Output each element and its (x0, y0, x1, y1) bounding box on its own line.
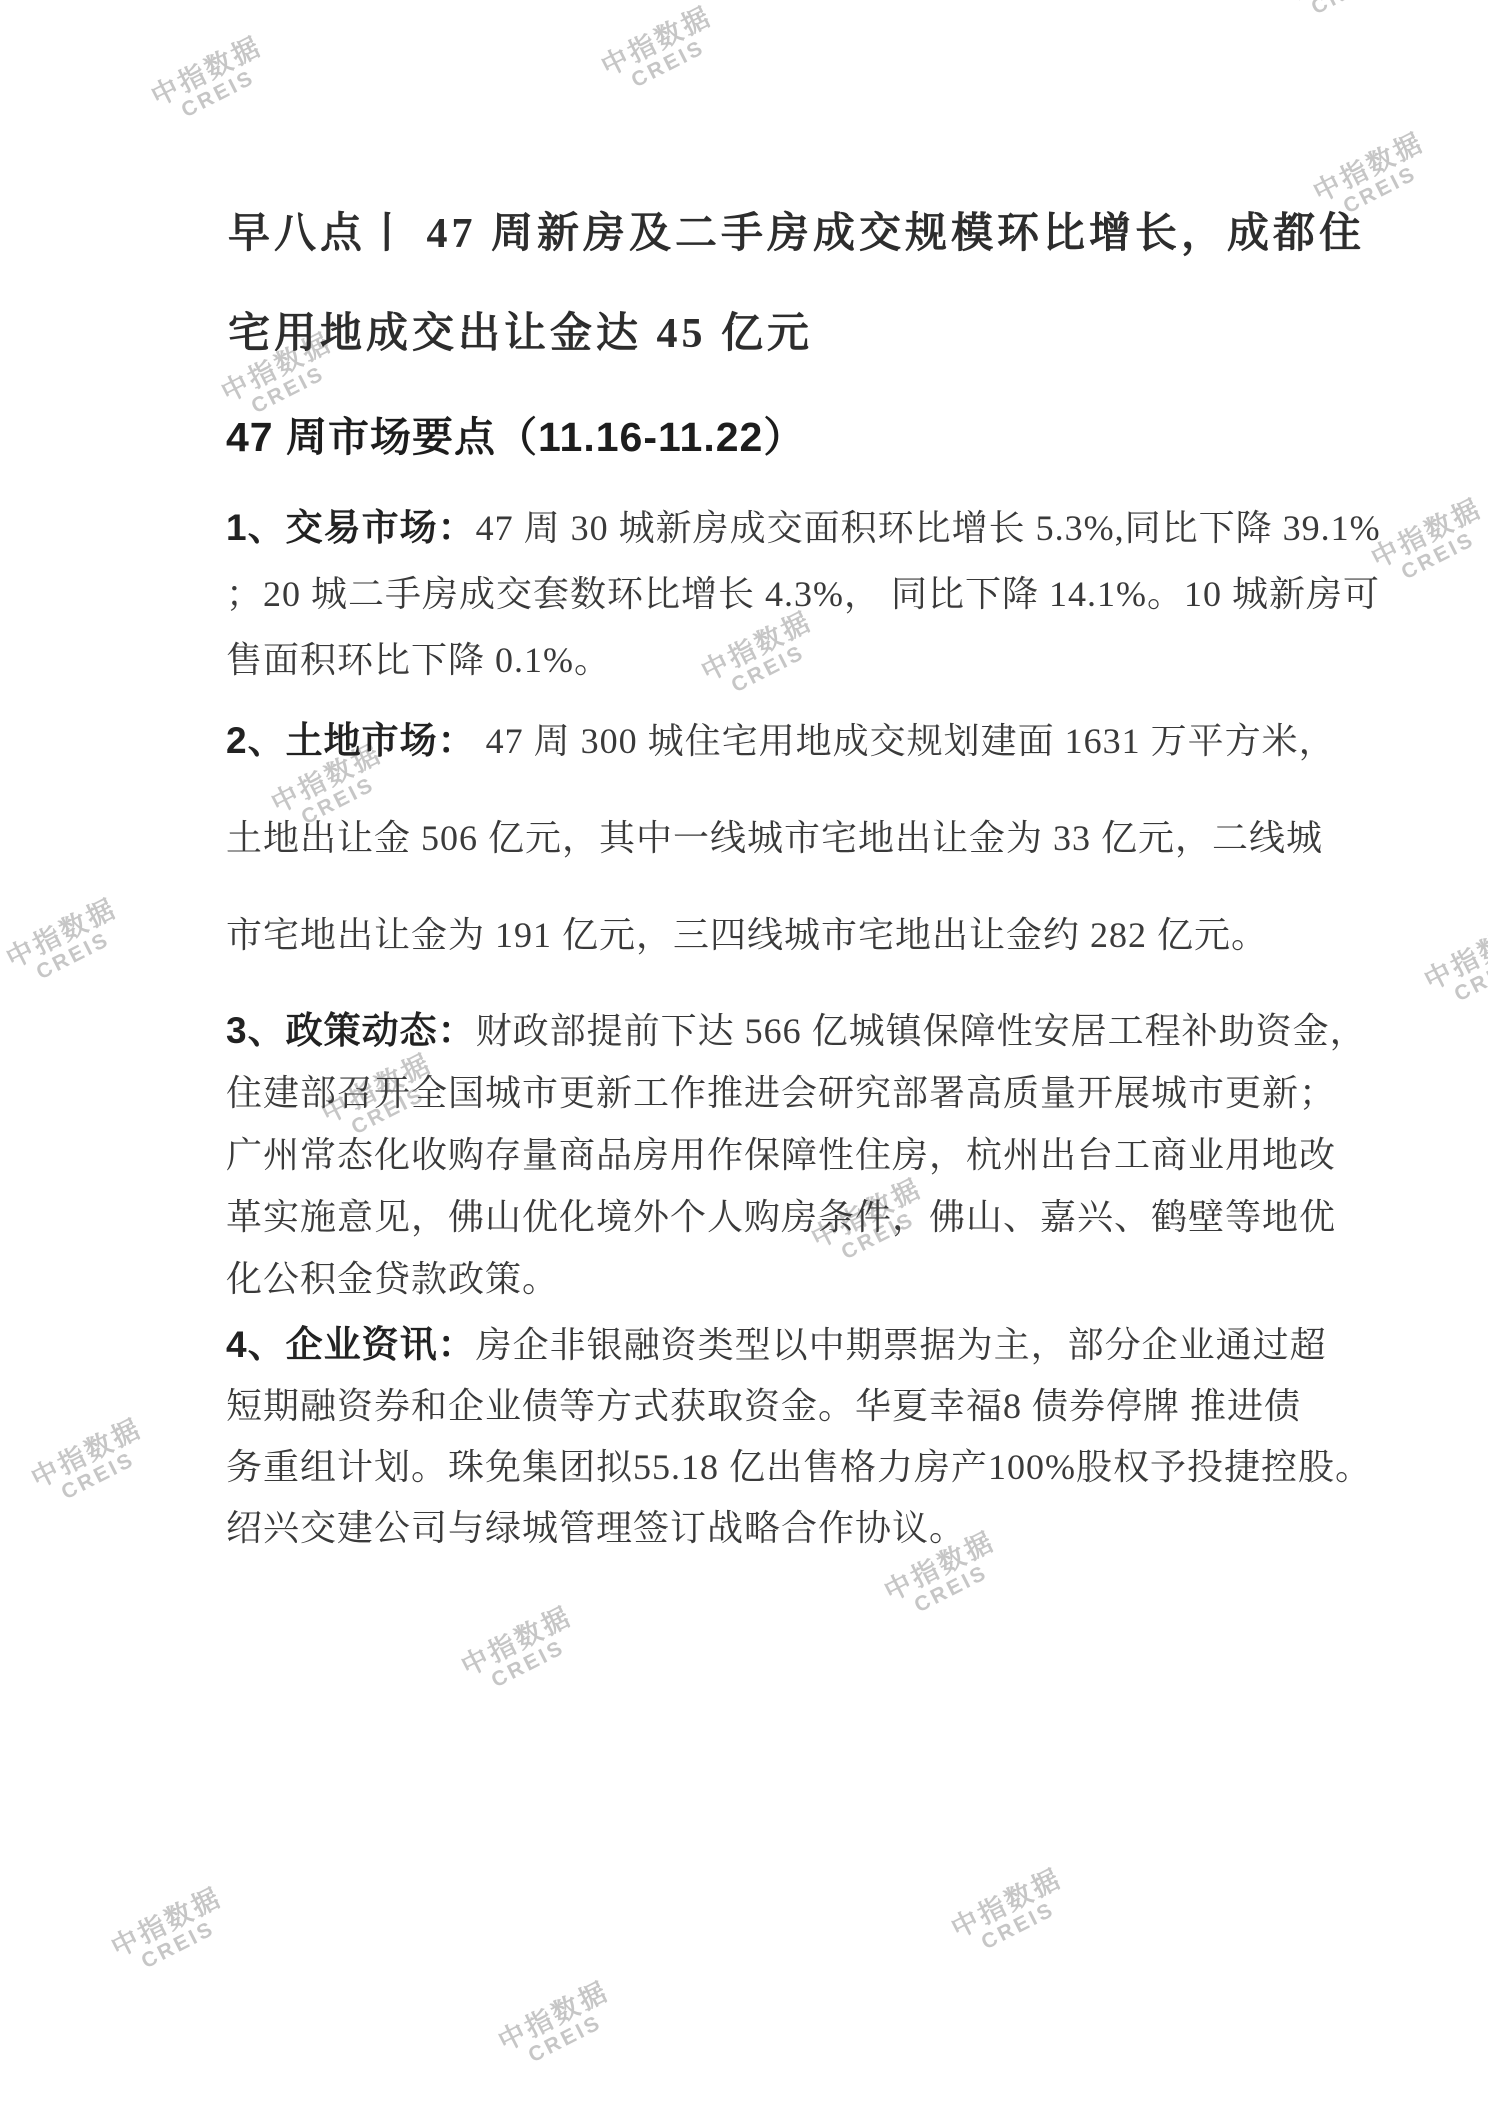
paragraph-corporate-news: 4、企业资讯：房企非银融资类型以中期票据为主，部分企业通过超 短期融资券和企业债… (226, 1314, 1372, 1559)
paragraph-line: 住建部召开全国城市更新工作推进会研究部署高质量开展城市更新； (226, 1062, 1367, 1124)
watermark-en-text: CREIS (501, 1999, 631, 2080)
watermark-cn-text: 中指数据 (941, 1860, 1074, 1947)
watermark-en-text: CREIS (9, 916, 139, 997)
creis-watermark: 中指数据CREIS (1271, 0, 1414, 32)
paragraph-line: 市宅地出让金为 191 亿元，三四线城市宅地出让金约 282 亿元。 (226, 887, 1336, 984)
paragraph-text: 47 周 300 城住宅用地成交规划建面 1631 万平方米， (476, 721, 1336, 761)
paragraph-line: 2、土地市场： 47 周 300 城住宅用地成交规划建面 1631 万平方米， (226, 692, 1336, 790)
watermark-cn-text: 中指数据 (591, 0, 724, 85)
creis-watermark: 中指数据CREIS (0, 890, 138, 997)
paragraph-line: 土地出让金 506 亿元，其中一线城市宅地出让金为 33 亿元，二线城 (226, 790, 1336, 887)
paragraph-lead: 3、政策动态： (226, 1010, 476, 1051)
creis-watermark: 中指数据CREIS (941, 1860, 1084, 1967)
paragraph-line: 广州常态化收购存量商品房用作保障性住房，杭州出台工商业用地改 (226, 1124, 1367, 1186)
watermark-en-text: CREIS (604, 24, 734, 105)
paragraph-land-market: 2、土地市场： 47 周 300 城住宅用地成交规划建面 1631 万平方米， … (226, 692, 1336, 984)
watermark-en-text: CREIS (954, 1886, 1084, 1967)
watermark-en-text: CREIS (464, 1624, 594, 1705)
creis-watermark: 中指数据CREIS (1414, 912, 1488, 1019)
watermark-cn-text: 中指数据 (141, 28, 274, 115)
creis-watermark: 中指数据CREIS (21, 1410, 164, 1517)
watermark-en-text: CREIS (1284, 0, 1414, 32)
watermark-en-text: CREIS (34, 1436, 164, 1517)
paragraph-line: 化公积金贷款政策。 (226, 1248, 1367, 1310)
creis-watermark: 中指数据CREIS (101, 1879, 244, 1986)
paragraph-trading-market: 1、交易市场：47 周 30 城新房成交面积环比增长 5.3%,同比下降 39.… (226, 495, 1381, 693)
watermark-en-text: CREIS (114, 1905, 244, 1986)
watermark-en-text: CREIS (1374, 516, 1488, 597)
article-title-line1: 早八点丨 47 周新房及二手房成交规模环比增长，成都住 (228, 184, 1365, 284)
paragraph-line: 4、企业资讯：房企非银融资类型以中期票据为主，部分企业通过超 (226, 1314, 1372, 1376)
creis-watermark: 中指数据CREIS (488, 1973, 631, 2080)
watermark-en-text: CREIS (1427, 938, 1488, 1019)
watermark-cn-text: 中指数据 (1414, 912, 1488, 999)
paragraph-line: 革实施意见，佛山优化境外个人购房条件，佛山、嘉兴、鹤壁等地优 (226, 1186, 1367, 1248)
creis-watermark: 中指数据CREIS (451, 1598, 594, 1705)
watermark-cn-text: 中指数据 (101, 1879, 234, 1966)
section-heading: 47 周市场要点（11.16-11.22） (226, 404, 805, 463)
paragraph-line: 3、政策动态：财政部提前下达 566 亿城镇保障性安居工程补助资金， (226, 1000, 1367, 1062)
paragraph-lead: 1、交易市场： (226, 507, 476, 548)
document-page: 中指数据CREIS 中指数据CREIS 中指数据CREIS 中指数据CREIS … (0, 0, 1488, 2104)
watermark-cn-text: 中指数据 (1271, 0, 1404, 12)
paragraph-policy-news: 3、政策动态：财政部提前下达 566 亿城镇保障性安居工程补助资金， 住建部召开… (226, 1000, 1367, 1310)
watermark-cn-text: 中指数据 (488, 1973, 621, 2060)
paragraph-text: 47 周 30 城新房成交面积环比增长 5.3%,同比下降 39.1% (476, 508, 1381, 548)
watermark-en-text: CREIS (154, 54, 284, 135)
paragraph-line: 售面积环比下降 0.1%。 (226, 627, 1381, 693)
article-title: 早八点丨 47 周新房及二手房成交规模环比增长，成都住 宅用地成交出让金达 45… (228, 184, 1365, 384)
paragraph-line: 绍兴交建公司与绿城管理签订战略合作协议。 (226, 1498, 1372, 1559)
creis-watermark: 中指数据CREIS (591, 0, 734, 105)
paragraph-line: ；20 城二手房成交套数环比增长 4.3%， 同比下降 14.1%。10 城新房… (226, 561, 1381, 627)
watermark-en-text: CREIS (887, 1549, 1017, 1630)
watermark-cn-text: 中指数据 (0, 890, 128, 977)
paragraph-lead: 4、企业资讯： (226, 1324, 476, 1365)
paragraph-text: 财政部提前下达 566 亿城镇保障性安居工程补助资金， (476, 1011, 1367, 1051)
paragraph-line: 短期融资券和企业债等方式获取资金。华夏幸福8 债券停牌 推进债 (226, 1376, 1372, 1437)
watermark-cn-text: 中指数据 (21, 1410, 154, 1497)
watermark-cn-text: 中指数据 (451, 1598, 584, 1685)
paragraph-line: 务重组计划。珠免集团拟55.18 亿出售格力房产100%股权予投捷控股。 (226, 1437, 1372, 1498)
paragraph-line: 1、交易市场：47 周 30 城新房成交面积环比增长 5.3%,同比下降 39.… (226, 495, 1381, 561)
article-title-line2: 宅用地成交出让金达 45 亿元 (228, 284, 1365, 384)
paragraph-text: 房企非银融资类型以中期票据为主，部分企业通过超 (476, 1325, 1327, 1365)
creis-watermark: 中指数据CREIS (141, 28, 284, 135)
paragraph-lead: 2、土地市场： (226, 720, 476, 761)
